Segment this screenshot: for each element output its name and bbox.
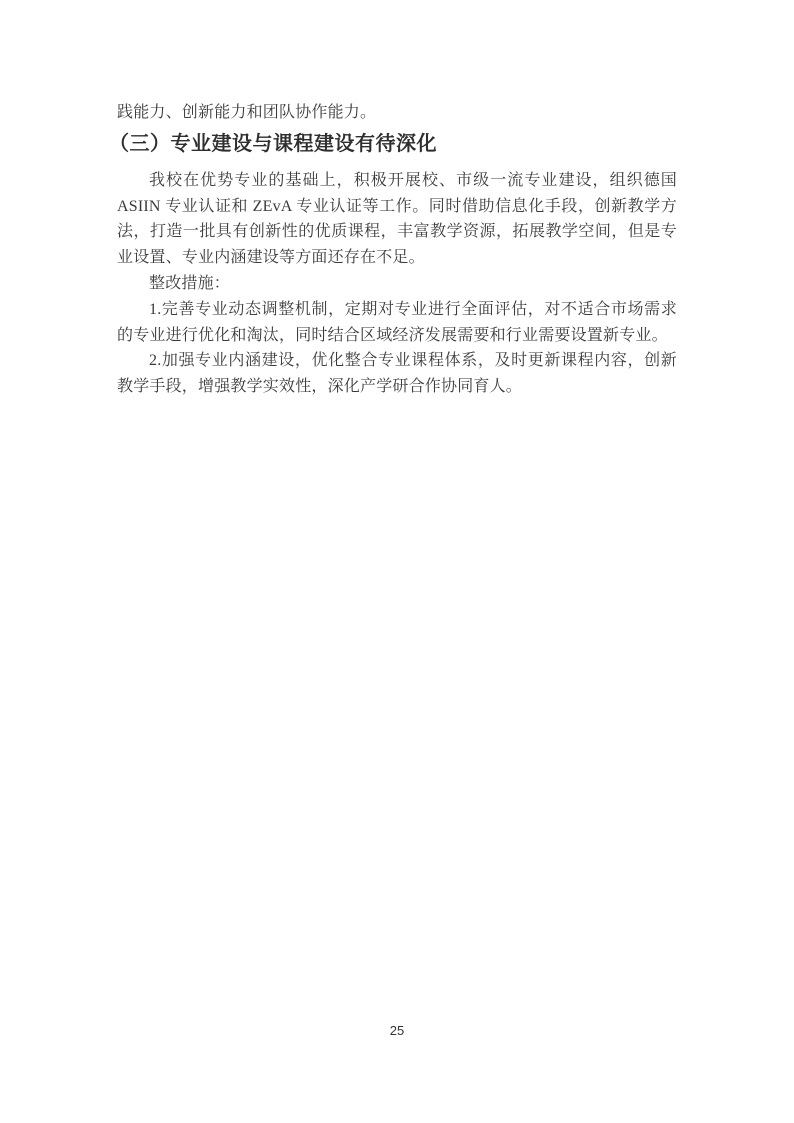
paragraph-overview: 我校在优势专业的基础上，积极开展校、市级一流专业建设，组织德国 ASIIN 专业… (117, 168, 677, 271)
continuation-paragraph: 践能力、创新能力和团队协作能力。 (117, 100, 677, 126)
paragraph-measure-1: 1.完善专业动态调整机制，定期对专业进行全面评估，对不适合市场需求的专业进行优化… (117, 297, 677, 349)
page-number: 25 (390, 1023, 404, 1038)
page-footer: 25 (0, 1022, 794, 1040)
document-page: 践能力、创新能力和团队协作能力。 （三）专业建设与课程建设有待深化 我校在优势专… (0, 0, 794, 1123)
paragraph-measure-2: 2.加强专业内涵建设，优化整合专业课程体系，及时更新课程内容，创新教学手段，增强… (117, 348, 677, 400)
page-content: 践能力、创新能力和团队协作能力。 （三）专业建设与课程建设有待深化 我校在优势专… (117, 0, 677, 400)
paragraph-measures-label: 整改措施： (117, 271, 677, 297)
section-heading: （三）专业建设与课程建设有待深化 (109, 130, 677, 158)
